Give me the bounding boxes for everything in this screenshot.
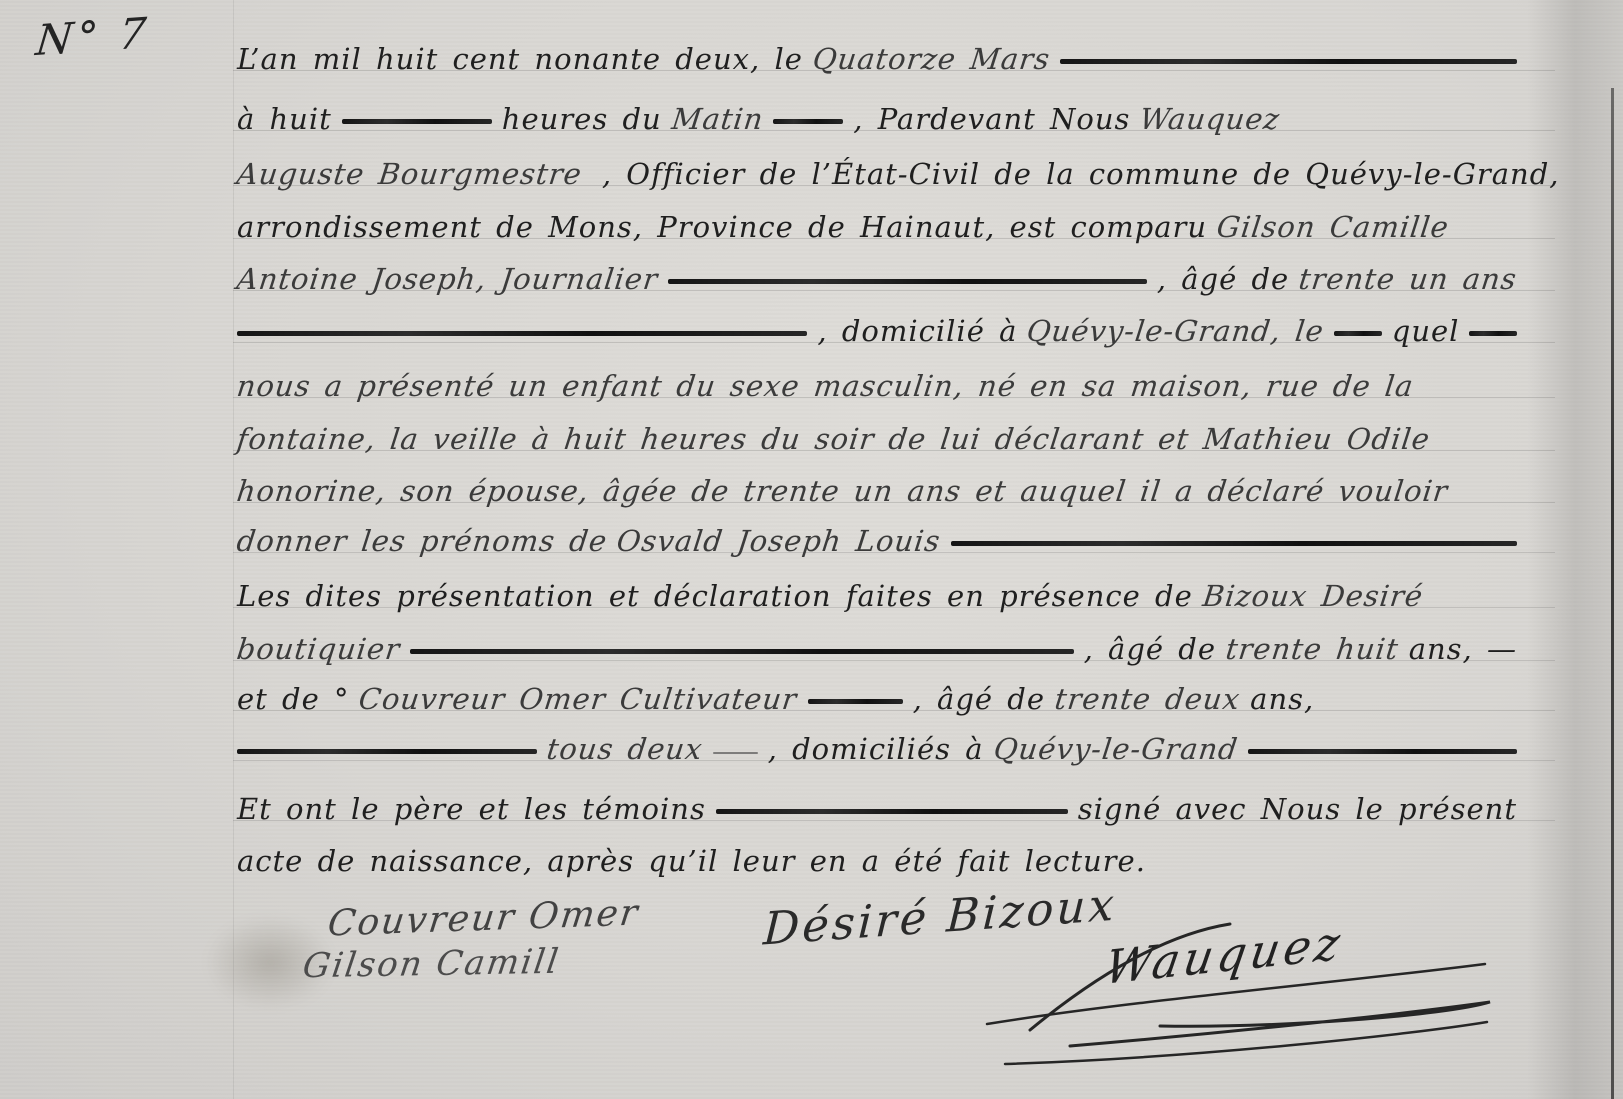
act-line-12: boutiquier , âgé de trente huit ans, — (237, 616, 1517, 666)
ink-stroke (342, 119, 492, 124)
officer-name-text: Wauquez (1138, 102, 1282, 136)
act-number: N° 7 (34, 8, 153, 65)
formula-text: , Pardevant Nous (853, 102, 1130, 136)
ink-stroke (773, 119, 843, 124)
ink-stroke (951, 541, 1517, 546)
formula-text: heures du (502, 102, 662, 136)
formula-text: , âgé de (1157, 262, 1289, 296)
formula-text: arrondissement de Mons, Province de Hain… (237, 210, 1207, 244)
act-line-15: Et ont le père et les témoins signé avec… (237, 776, 1517, 826)
declarant-name-text: Antoine Joseph, Journalier (235, 262, 660, 296)
formula-text: acte de naissance, après qu’il leur en a… (237, 844, 1146, 878)
act-line-10: donner les prénoms de Osvald Joseph Loui… (237, 508, 1517, 558)
declaration-text: nous a présenté un enfant du sexe mascul… (235, 369, 1416, 403)
signature-couvreur-omer: Couvreur Omer (326, 892, 642, 944)
act-line-16: acte de naissance, après qu’il leur en a… (237, 828, 1517, 878)
witness1-age-text: trente huit (1224, 632, 1401, 666)
ink-stroke (808, 699, 903, 704)
witness2-name-text: Couvreur Omer Cultivateur (357, 682, 799, 716)
act-line-7: nous a présenté un enfant du sexe mascul… (237, 353, 1517, 403)
act-line-6: , domicilié à Quévy-le-Grand, le quel (237, 298, 1517, 348)
declaration-text: donner les prénoms de (235, 524, 609, 558)
act-line-3: Auguste Bourgmestre , Officier de l’État… (237, 141, 1517, 191)
ink-stroke (1060, 59, 1517, 64)
signature-gilson-camille: Gilson Camill (300, 942, 562, 987)
declarant-age-text: trente un ans (1297, 262, 1519, 296)
ink-stroke (1334, 331, 1382, 336)
act-line-8: fontaine, la veille à huit heures du soi… (237, 406, 1517, 456)
ink-stroke (713, 752, 758, 754)
ink-stroke (1469, 331, 1517, 336)
ink-stroke (1248, 749, 1518, 754)
formula-text: , âgé de (1084, 632, 1216, 666)
act-line-2: à huit heures du Matin , Pardevant Nous … (237, 86, 1517, 136)
formula-text: , domiciliés à (768, 732, 984, 766)
act-line-11: Les dites présentation et déclaration fa… (237, 563, 1517, 613)
signature-flourish (975, 912, 1515, 1092)
act-line-5: Antoine Joseph, Journalier , âgé de tren… (237, 246, 1517, 296)
formula-text: , âgé de (913, 682, 1045, 716)
child-name-text: Osvald Joseph Louis (615, 524, 943, 558)
ink-stroke (237, 749, 537, 754)
declaration-text: honorine, son épouse, âgée de trente un … (235, 474, 1450, 508)
declaration-text: fontaine, la veille à huit heures du soi… (235, 422, 1432, 456)
ink-stroke (237, 331, 807, 336)
formula-text: , domicilié à (817, 314, 1017, 348)
formula-text: L’an mil huit cent nonante deux, le (237, 42, 803, 76)
page-edge-line (1611, 88, 1614, 1099)
formula-text: et de ° (237, 682, 349, 716)
witness1-occupation-text: boutiquier (235, 632, 402, 666)
witnesses-residence-text: Quévy-le-Grand (991, 732, 1239, 766)
formula-text: ans, (1250, 682, 1314, 716)
formula-text: Les dites présentation et déclaration fa… (237, 579, 1193, 613)
formula-text: à huit (237, 102, 332, 136)
act-line-14: tous deux , domiciliés à Quévy-le-Grand (237, 716, 1517, 766)
date-text: Quatorze Mars (811, 42, 1052, 76)
formula-text: Et ont le père et les témoins (237, 792, 706, 826)
ink-stroke (668, 279, 1147, 284)
act-line-13: et de ° Couvreur Omer Cultivateur , âgé … (237, 666, 1517, 716)
witnesses-both-text: tous deux (545, 732, 705, 766)
ink-stroke (410, 649, 1073, 654)
declarant-name-text: Gilson Camille (1215, 210, 1451, 244)
act-line-4: arrondissement de Mons, Province de Hain… (237, 194, 1517, 244)
witness1-name-text: Bizoux Desiré (1201, 579, 1425, 613)
formula-text: signé avec Nous le présent (1078, 792, 1517, 826)
residence-text: Quévy-le-Grand, le (1025, 314, 1326, 348)
act-line-1: L’an mil huit cent nonante deux, le Quat… (237, 26, 1517, 76)
time-of-day-text: Matin (670, 102, 766, 136)
witness2-age-text: trente deux (1053, 682, 1242, 716)
scanned-birth-record-page: N° 7 L’an mil huit cent nonante deux, le… (0, 0, 1623, 1099)
formula-text: ans, — (1409, 632, 1517, 666)
act-line-9: honorine, son épouse, âgée de trente un … (237, 458, 1517, 508)
formula-text: , Officier de l’État-Civil de la commune… (602, 157, 1560, 191)
officer-title-text: Auguste Bourgmestre (235, 157, 584, 191)
ink-stroke (716, 809, 1068, 814)
formula-text: quel (1392, 314, 1460, 348)
